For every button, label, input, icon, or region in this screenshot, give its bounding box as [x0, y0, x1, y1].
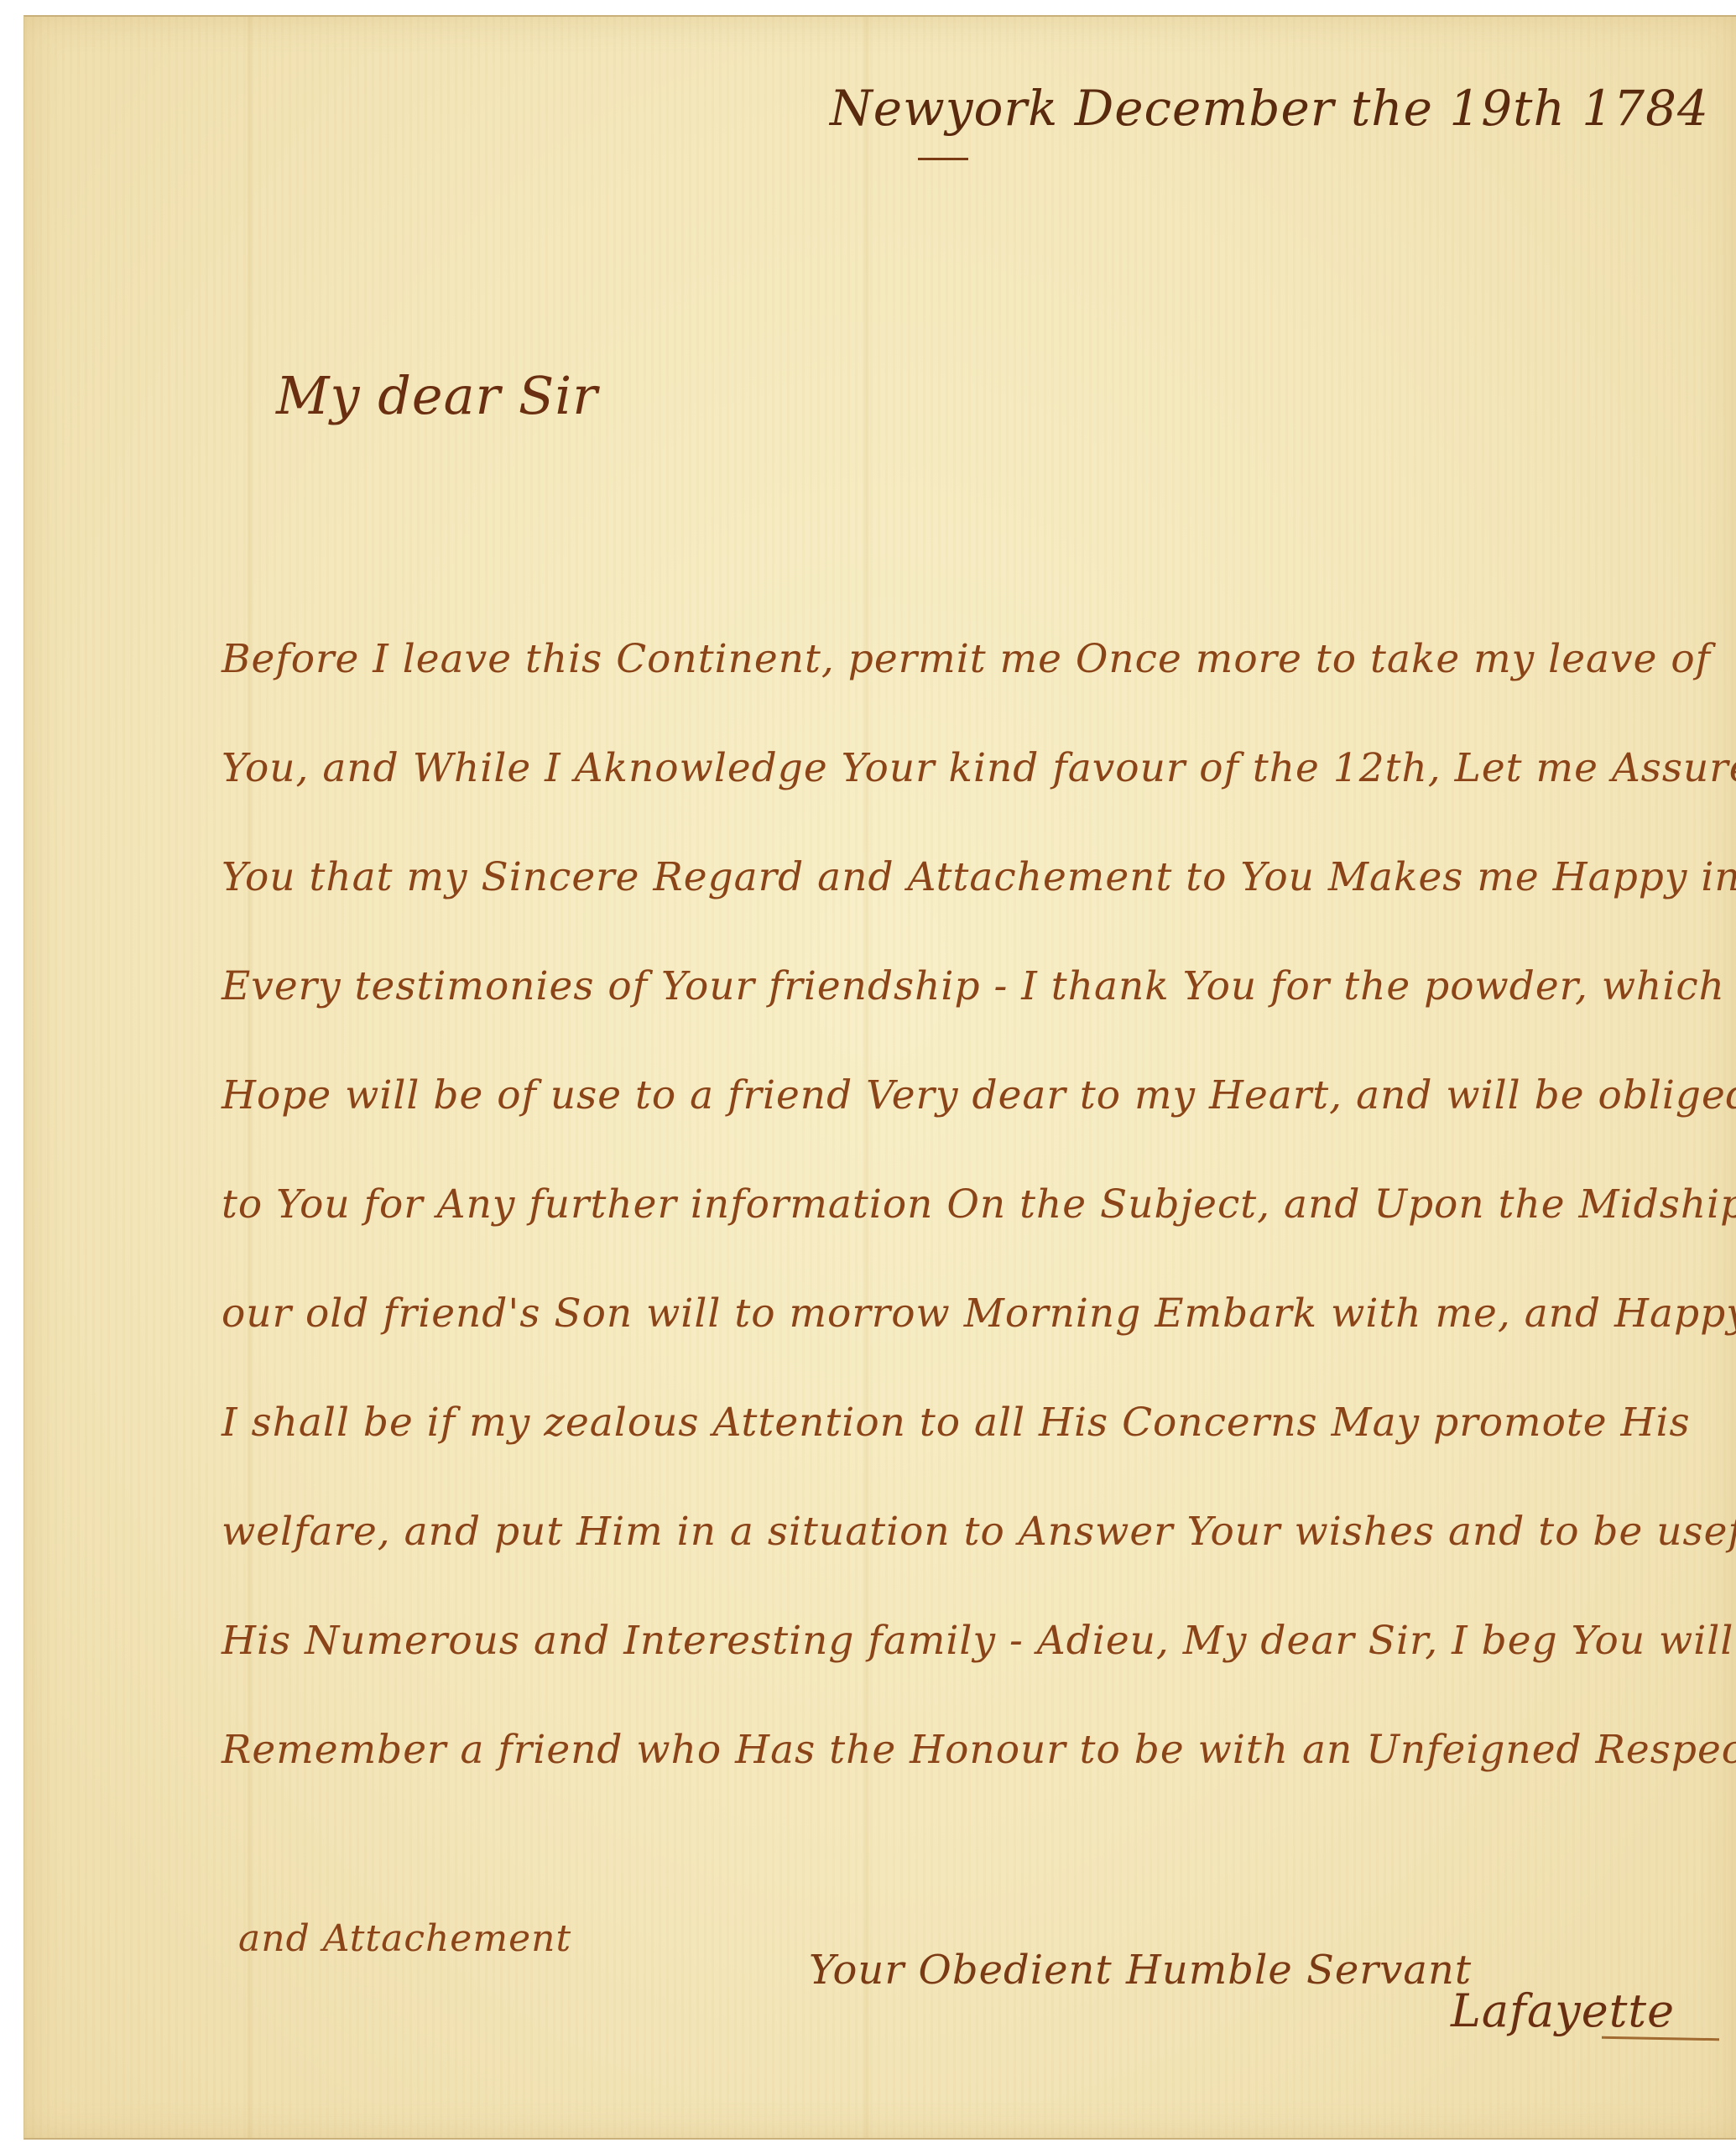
- body-line: I shall be if my zealous Attention to al…: [222, 1400, 1691, 1446]
- body-line: to You for Any further information On th…: [222, 1181, 1736, 1228]
- date-underline: [918, 158, 968, 160]
- body-line: Hope will be of use to a friend Very dea…: [222, 1072, 1736, 1118]
- body-line: Remember a friend who Has the Honour to …: [222, 1727, 1736, 1773]
- body-line: You that my Sincere Regard and Attacheme…: [222, 854, 1736, 900]
- valediction: Your Obedient Humble Servant: [809, 1947, 1472, 1994]
- signature: Lafayette: [1451, 1984, 1675, 2037]
- body-line: You, and While I Aknowledge Your kind fa…: [222, 745, 1736, 791]
- body-line: Before I leave this Continent, permit me…: [222, 636, 1711, 682]
- letter-paper: Newyork December the 19th 1784 My dear S…: [23, 15, 1736, 2140]
- body-line: Every testimonies of Your friendship - I…: [222, 963, 1736, 1009]
- body-line: welfare, and put Him in a situation to A…: [222, 1509, 1736, 1555]
- body-line: our old friend's Son will to morrow Morn…: [222, 1290, 1736, 1337]
- dateline: Newyork December the 19th 1784: [830, 80, 1709, 137]
- body-line: His Numerous and Interesting family - Ad…: [222, 1618, 1736, 1664]
- signature-flourish: [1602, 2036, 1719, 2041]
- salutation: My dear Sir: [276, 365, 598, 426]
- closing: and Attachement: [238, 1917, 571, 1960]
